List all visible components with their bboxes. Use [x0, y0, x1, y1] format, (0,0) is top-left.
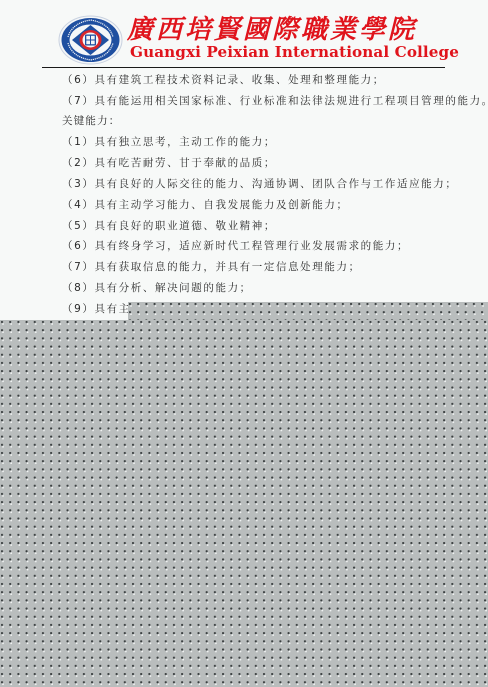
- ability-item: （6）具有终身学习，适应新时代工程管理行业发展需求的能力；: [62, 236, 409, 256]
- college-name-chinese: 廣西培賢國際職業學院: [127, 16, 422, 44]
- ability-item: （5）具有良好的职业道德、敬业精神；: [62, 216, 276, 236]
- loading-overlay: [0, 320, 488, 687]
- college-name-english: Guangxi Peixian International College: [130, 44, 422, 61]
- loading-overlay: [128, 302, 488, 322]
- ability-item: （3）具有良好的人际交往的能力、沟通协调、团队合作与工作适应能力；: [62, 174, 457, 194]
- page-header: 廣西培賢國際職業學院 Guangxi Peixian International…: [0, 0, 488, 70]
- ability-item: （7）具有能运用相关国家标准、行业标准和法律法规进行工程项目管理的能力。: [62, 91, 488, 111]
- ability-item: （8）具有分析、解决问题的能力；: [62, 278, 252, 298]
- ability-item: （1）具有独立思考，主动工作的能力；: [62, 132, 276, 152]
- section-heading: 关键能力：: [62, 111, 121, 131]
- document-page: 廣西培賢國際職業學院 Guangxi Peixian International…: [0, 0, 488, 687]
- college-emblem-icon: [58, 15, 123, 65]
- ability-item: （4）具有主动学习能力、自我发展能力及创新能力；: [62, 195, 349, 215]
- ability-item: （6）具有建筑工程技术资料记录、收集、处理和整理能力；: [62, 70, 385, 90]
- ability-item: （2）具有吃苦耐劳、甘于奉献的品质；: [62, 153, 276, 173]
- ability-item: （7）具有获取信息的能力，并具有一定信息处理能力；: [62, 257, 361, 277]
- header-divider: [42, 67, 445, 68]
